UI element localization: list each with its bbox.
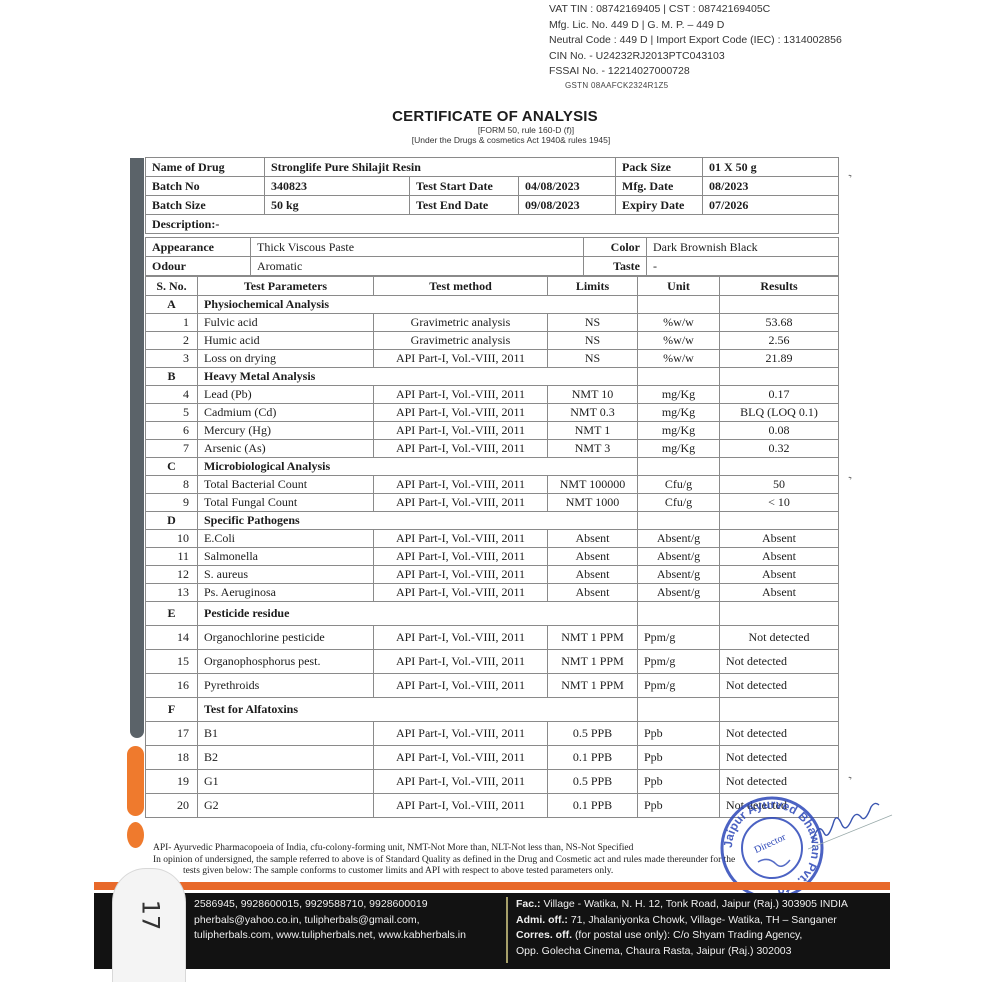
row-sno: 18	[146, 746, 198, 770]
table-row: 14Organochlorine pesticideAPI Part-I, Vo…	[146, 626, 839, 650]
binder-dot-orange	[127, 822, 144, 848]
row-sno: 19	[146, 770, 198, 794]
description-table: Appearance Thick Viscous Paste Color Dar…	[145, 237, 839, 276]
section-blank	[638, 698, 720, 722]
row-result: 2.56	[720, 332, 839, 350]
expiry-date-value: 07/2026	[703, 196, 839, 215]
row-sno: 6	[146, 422, 198, 440]
row-limit: 0.5 PPB	[548, 770, 638, 794]
row-sno: 12	[146, 566, 198, 584]
row-sno: 14	[146, 626, 198, 650]
section-blank	[720, 512, 839, 530]
row-method: API Part-I, Vol.-VIII, 2011	[374, 476, 548, 494]
drug-name-value: Stronglife Pure Shilajit Resin	[265, 158, 616, 177]
row-sno: 5	[146, 404, 198, 422]
row-method: API Part-I, Vol.-VIII, 2011	[374, 584, 548, 602]
row-method: API Part-I, Vol.-VIII, 2011	[374, 386, 548, 404]
col-limits: Limits	[548, 277, 638, 296]
expiry-date-label: Expiry Date	[616, 196, 703, 215]
row-unit: Absent/g	[638, 530, 720, 548]
pack-size-value: 01 X 50 g	[703, 158, 839, 177]
section-blank	[720, 458, 839, 476]
margin-mark: .,	[848, 168, 851, 179]
row-limit: 0.1 PPB	[548, 794, 638, 818]
admin-address: Admi. off.: 71, Jhalaniyonka Chowk, Vill…	[516, 913, 848, 929]
section-blank	[638, 368, 720, 386]
row-unit: Absent/g	[638, 566, 720, 584]
row-result: < 10	[720, 494, 839, 512]
section-row: BHeavy Metal Analysis	[146, 368, 839, 386]
table-row: 4Lead (Pb)API Part-I, Vol.-VIII, 2011NMT…	[146, 386, 839, 404]
pack-size-label: Pack Size	[616, 158, 703, 177]
row-parameter: Total Bacterial Count	[198, 476, 374, 494]
section-title: Heavy Metal Analysis	[198, 368, 638, 386]
row-unit: Absent/g	[638, 548, 720, 566]
table-row: 12S. aureusAPI Part-I, Vol.-VIII, 2011Ab…	[146, 566, 839, 584]
row-limit: Absent	[548, 566, 638, 584]
row-method: API Part-I, Vol.-VIII, 2011	[374, 674, 548, 698]
row-limit: Absent	[548, 584, 638, 602]
batch-no-label: Batch No	[146, 177, 265, 196]
mfg-date-value: 08/2023	[703, 177, 839, 196]
footer-addresses: Fac.: Village - Watika, N. H. 12, Tonk R…	[516, 897, 848, 959]
row-parameter: Loss on drying	[198, 350, 374, 368]
row-unit: Ppb	[638, 770, 720, 794]
section-blank	[720, 602, 839, 626]
fssai-line: FSSAI No. - 12214027000728	[549, 64, 842, 80]
row-parameter: Humic acid	[198, 332, 374, 350]
batch-no-value: 340823	[265, 177, 410, 196]
corres-address-line2: Opp. Golecha Cinema, Chaura Rasta, Jaipu…	[516, 944, 848, 960]
row-method: API Part-I, Vol.-VIII, 2011	[374, 530, 548, 548]
row-result: 0.17	[720, 386, 839, 404]
row-result: BLQ (LOQ 0.1)	[720, 404, 839, 422]
row-sno: 10	[146, 530, 198, 548]
batch-size-value: 50 kg	[265, 196, 410, 215]
row-limit: NMT 100000	[548, 476, 638, 494]
test-results-table: S. No. Test Parameters Test method Limit…	[145, 276, 839, 818]
row-parameter: B2	[198, 746, 374, 770]
row-limit: NMT 1	[548, 422, 638, 440]
footer-contact: 2586945, 9928600015, 9929588710, 9928600…	[194, 897, 466, 944]
section-code: B	[146, 368, 198, 386]
section-title: Test for Alfatoxins	[198, 698, 638, 722]
table-row: 10E.ColiAPI Part-I, Vol.-VIII, 2011Absen…	[146, 530, 839, 548]
row-unit: Ppm/g	[638, 626, 720, 650]
row-limit: NMT 1 PPM	[548, 626, 638, 650]
row-result: 0.32	[720, 440, 839, 458]
batch-size-row: Batch Size 50 kg Test End Date 09/08/202…	[146, 196, 839, 215]
row-method: Gravimetric analysis	[374, 314, 548, 332]
col-parameters: Test Parameters	[198, 277, 374, 296]
row-unit: mg/Kg	[638, 404, 720, 422]
table-row: 7Arsenic (As)API Part-I, Vol.-VIII, 2011…	[146, 440, 839, 458]
row-result: Absent	[720, 584, 839, 602]
row-sno: 1	[146, 314, 198, 332]
section-row: CMicrobiological Analysis	[146, 458, 839, 476]
table-row: 3Loss on dryingAPI Part-I, Vol.-VIII, 20…	[146, 350, 839, 368]
row-parameter: E.Coli	[198, 530, 374, 548]
section-blank	[638, 458, 720, 476]
row-method: API Part-I, Vol.-VIII, 2011	[374, 650, 548, 674]
row-unit: %w/w	[638, 332, 720, 350]
row-method: API Part-I, Vol.-VIII, 2011	[374, 404, 548, 422]
section-row: FTest for Alfatoxins	[146, 698, 839, 722]
row-result: Absent	[720, 548, 839, 566]
row-sno: 3	[146, 350, 198, 368]
footer-phones: 2586945, 9928600015, 9929588710, 9928600…	[194, 897, 466, 913]
row-result: Not detected	[720, 650, 839, 674]
section-title: Physiochemical Analysis	[198, 296, 638, 314]
section-blank	[638, 602, 720, 626]
row-sno: 13	[146, 584, 198, 602]
row-limit: NMT 1000	[548, 494, 638, 512]
col-results: Results	[720, 277, 839, 296]
row-limit: NMT 1 PPM	[548, 674, 638, 698]
footer-contact-bar: 2586945, 9928600015, 9929588710, 9928600…	[94, 893, 890, 969]
test-results-body: APhysiochemical Analysis1Fulvic acidGrav…	[146, 296, 839, 818]
binder-bar-orange	[127, 746, 144, 816]
row-result: Not detected	[720, 722, 839, 746]
footer-divider	[506, 897, 508, 963]
page-number-tab[interactable]: 17	[112, 868, 186, 982]
row-method: API Part-I, Vol.-VIII, 2011	[374, 494, 548, 512]
appearance-label: Appearance	[146, 238, 251, 257]
taste-value: -	[647, 257, 839, 276]
section-row: APhysiochemical Analysis	[146, 296, 839, 314]
color-value: Dark Brownish Black	[647, 238, 839, 257]
table-row: 5Cadmium (Cd)API Part-I, Vol.-VIII, 2011…	[146, 404, 839, 422]
row-unit: Cfu/g	[638, 476, 720, 494]
test-start-label: Test Start Date	[410, 177, 519, 196]
row-unit: Cfu/g	[638, 494, 720, 512]
batch-size-label: Batch Size	[146, 196, 265, 215]
row-result: Not detected	[720, 626, 839, 650]
form-reference: [FORM 50, rule 160-D (f)]	[0, 125, 982, 135]
corres-address: Corres. off. (for postal use only): C/o …	[516, 928, 848, 944]
document-title: CERTIFICATE OF ANALYSIS	[0, 108, 982, 125]
table-row: 13Ps. AeruginosaAPI Part-I, Vol.-VIII, 2…	[146, 584, 839, 602]
row-unit: Ppb	[638, 722, 720, 746]
footer-websites: tulipherbals.com, www.tulipherbals.net, …	[194, 928, 466, 944]
section-code: C	[146, 458, 198, 476]
table-row: 8Total Bacterial CountAPI Part-I, Vol.-V…	[146, 476, 839, 494]
color-label: Color	[584, 238, 647, 257]
row-limit: NS	[548, 350, 638, 368]
section-title: Specific Pathogens	[198, 512, 638, 530]
section-blank	[720, 368, 839, 386]
mfg-date-label: Mfg. Date	[616, 177, 703, 196]
table-row: 19G1API Part-I, Vol.-VIII, 20110.5 PPBPp…	[146, 770, 839, 794]
section-title: Pesticide residue	[198, 602, 638, 626]
section-blank	[720, 698, 839, 722]
section-code: D	[146, 512, 198, 530]
row-limit: Absent	[548, 530, 638, 548]
odour-label: Odour	[146, 257, 251, 276]
binder-bar-grey	[130, 158, 144, 738]
footer-emails: pherbals@yahoo.co.in, tulipherbals@gmail…	[194, 913, 466, 929]
row-parameter: Fulvic acid	[198, 314, 374, 332]
row-sno: 4	[146, 386, 198, 404]
table-header-row: S. No. Test Parameters Test method Limit…	[146, 277, 839, 296]
row-method: API Part-I, Vol.-VIII, 2011	[374, 626, 548, 650]
row-method: API Part-I, Vol.-VIII, 2011	[374, 566, 548, 584]
row-limit: 0.5 PPB	[548, 722, 638, 746]
row-parameter: Cadmium (Cd)	[198, 404, 374, 422]
appearance-row: Appearance Thick Viscous Paste Color Dar…	[146, 238, 839, 257]
mfg-license-line: Mfg. Lic. No. 449 D | G. M. P. – 449 D	[549, 18, 842, 34]
row-sno: 8	[146, 476, 198, 494]
row-unit: Ppb	[638, 794, 720, 818]
table-row: 15Organophosphorus pest.API Part-I, Vol.…	[146, 650, 839, 674]
row-parameter: G2	[198, 794, 374, 818]
row-limit: NMT 1 PPM	[548, 650, 638, 674]
row-parameter: Lead (Pb)	[198, 386, 374, 404]
row-method: Gravimetric analysis	[374, 332, 548, 350]
cin-line: CIN No. - U24232RJ2013PTC043103	[549, 49, 842, 65]
row-method: API Part-I, Vol.-VIII, 2011	[374, 350, 548, 368]
row-unit: mg/Kg	[638, 440, 720, 458]
row-result: Not detected	[720, 770, 839, 794]
row-limit: NMT 3	[548, 440, 638, 458]
footer-orange-stripe	[94, 882, 890, 890]
row-result: 21.89	[720, 350, 839, 368]
table-row: 2Humic acidGravimetric analysisNS%w/w2.5…	[146, 332, 839, 350]
batch-row: Batch No 340823 Test Start Date 04/08/20…	[146, 177, 839, 196]
row-parameter: B1	[198, 722, 374, 746]
row-unit: Absent/g	[638, 584, 720, 602]
row-result: 0.08	[720, 422, 839, 440]
page-number: 17	[136, 900, 164, 931]
row-sno: 9	[146, 494, 198, 512]
section-row: EPesticide residue	[146, 602, 839, 626]
row-parameter: G1	[198, 770, 374, 794]
row-unit: Ppm/g	[638, 650, 720, 674]
test-start-value: 04/08/2023	[519, 177, 616, 196]
act-reference: [Under the Drugs & cosmetics Act 1940& r…	[0, 135, 982, 146]
drug-name-label: Name of Drug	[146, 158, 265, 177]
row-result: 53.68	[720, 314, 839, 332]
row-sno: 7	[146, 440, 198, 458]
row-limit: NS	[548, 314, 638, 332]
signature	[808, 795, 893, 850]
stamp-role: Director	[753, 832, 788, 856]
table-row: 18B2API Part-I, Vol.-VIII, 20110.1 PPBPp…	[146, 746, 839, 770]
col-method: Test method	[374, 277, 548, 296]
appearance-value: Thick Viscous Paste	[251, 238, 584, 257]
row-sno: 16	[146, 674, 198, 698]
vat-line: VAT TIN : 08742169405 | CST : 0874216940…	[549, 2, 842, 18]
row-method: API Part-I, Vol.-VIII, 2011	[374, 746, 548, 770]
col-sno: S. No.	[146, 277, 198, 296]
row-limit: NMT 0.3	[548, 404, 638, 422]
row-unit: Ppm/g	[638, 674, 720, 698]
description-heading-row: Description:-	[146, 215, 839, 234]
row-method: API Part-I, Vol.-VIII, 2011	[374, 422, 548, 440]
row-sno: 15	[146, 650, 198, 674]
row-parameter: Organochlorine pesticide	[198, 626, 374, 650]
margin-mark: .,	[848, 770, 851, 781]
factory-address: Fac.: Village - Watika, N. H. 12, Tonk R…	[516, 897, 848, 913]
row-parameter: Arsenic (As)	[198, 440, 374, 458]
test-end-label: Test End Date	[410, 196, 519, 215]
row-unit: %w/w	[638, 314, 720, 332]
odour-value: Aromatic	[251, 257, 584, 276]
section-blank	[638, 296, 720, 314]
row-unit: %w/w	[638, 350, 720, 368]
row-limit: Absent	[548, 548, 638, 566]
row-parameter: S. aureus	[198, 566, 374, 584]
test-end-value: 09/08/2023	[519, 196, 616, 215]
row-result: Not detected	[720, 746, 839, 770]
taste-label: Taste	[584, 257, 647, 276]
col-unit: Unit	[638, 277, 720, 296]
row-method: API Part-I, Vol.-VIII, 2011	[374, 770, 548, 794]
row-sno: 2	[146, 332, 198, 350]
row-unit: Ppb	[638, 746, 720, 770]
document-title-block: CERTIFICATE OF ANALYSIS [FORM 50, rule 1…	[0, 108, 982, 146]
row-parameter: Total Fungal Count	[198, 494, 374, 512]
table-row: 6Mercury (Hg)API Part-I, Vol.-VIII, 2011…	[146, 422, 839, 440]
row-parameter: Salmonella	[198, 548, 374, 566]
row-parameter: Pyrethroids	[198, 674, 374, 698]
registration-block: VAT TIN : 08742169405 | CST : 0874216940…	[549, 2, 842, 92]
row-limit: NMT 10	[548, 386, 638, 404]
row-result: Absent	[720, 530, 839, 548]
odour-row: Odour Aromatic Taste -	[146, 257, 839, 276]
table-row: 17B1API Part-I, Vol.-VIII, 20110.5 PPBPp…	[146, 722, 839, 746]
section-code: E	[146, 602, 198, 626]
row-method: API Part-I, Vol.-VIII, 2011	[374, 722, 548, 746]
drug-name-row: Name of Drug Stronglife Pure Shilajit Re…	[146, 158, 839, 177]
product-info-table: Name of Drug Stronglife Pure Shilajit Re…	[145, 157, 839, 234]
section-code: F	[146, 698, 198, 722]
table-row: 9Total Fungal CountAPI Part-I, Vol.-VIII…	[146, 494, 839, 512]
row-method: API Part-I, Vol.-VIII, 2011	[374, 794, 548, 818]
row-parameter: Mercury (Hg)	[198, 422, 374, 440]
row-result: Not detected	[720, 674, 839, 698]
row-sno: 17	[146, 722, 198, 746]
table-row: 1Fulvic acidGravimetric analysisNS%w/w53…	[146, 314, 839, 332]
row-sno: 11	[146, 548, 198, 566]
table-row: 16PyrethroidsAPI Part-I, Vol.-VIII, 2011…	[146, 674, 839, 698]
row-sno: 20	[146, 794, 198, 818]
margin-mark: .,	[848, 470, 851, 481]
description-heading: Description:-	[146, 215, 839, 234]
section-title: Microbiological Analysis	[198, 458, 638, 476]
neutral-code-line: Neutral Code : 449 D | Import Export Cod…	[549, 33, 842, 49]
row-method: API Part-I, Vol.-VIII, 2011	[374, 548, 548, 566]
row-result: 50	[720, 476, 839, 494]
table-row: 11SalmonellaAPI Part-I, Vol.-VIII, 2011A…	[146, 548, 839, 566]
row-method: API Part-I, Vol.-VIII, 2011	[374, 440, 548, 458]
gstn-line: GSTN 08AAFCK2324R1Z5	[549, 80, 842, 92]
section-code: A	[146, 296, 198, 314]
row-result: Absent	[720, 566, 839, 584]
section-row: DSpecific Pathogens	[146, 512, 839, 530]
row-unit: mg/Kg	[638, 422, 720, 440]
section-blank	[638, 512, 720, 530]
row-parameter: Ps. Aeruginosa	[198, 584, 374, 602]
row-unit: mg/Kg	[638, 386, 720, 404]
section-blank	[720, 296, 839, 314]
row-limit: 0.1 PPB	[548, 746, 638, 770]
row-limit: NS	[548, 332, 638, 350]
row-parameter: Organophosphorus pest.	[198, 650, 374, 674]
